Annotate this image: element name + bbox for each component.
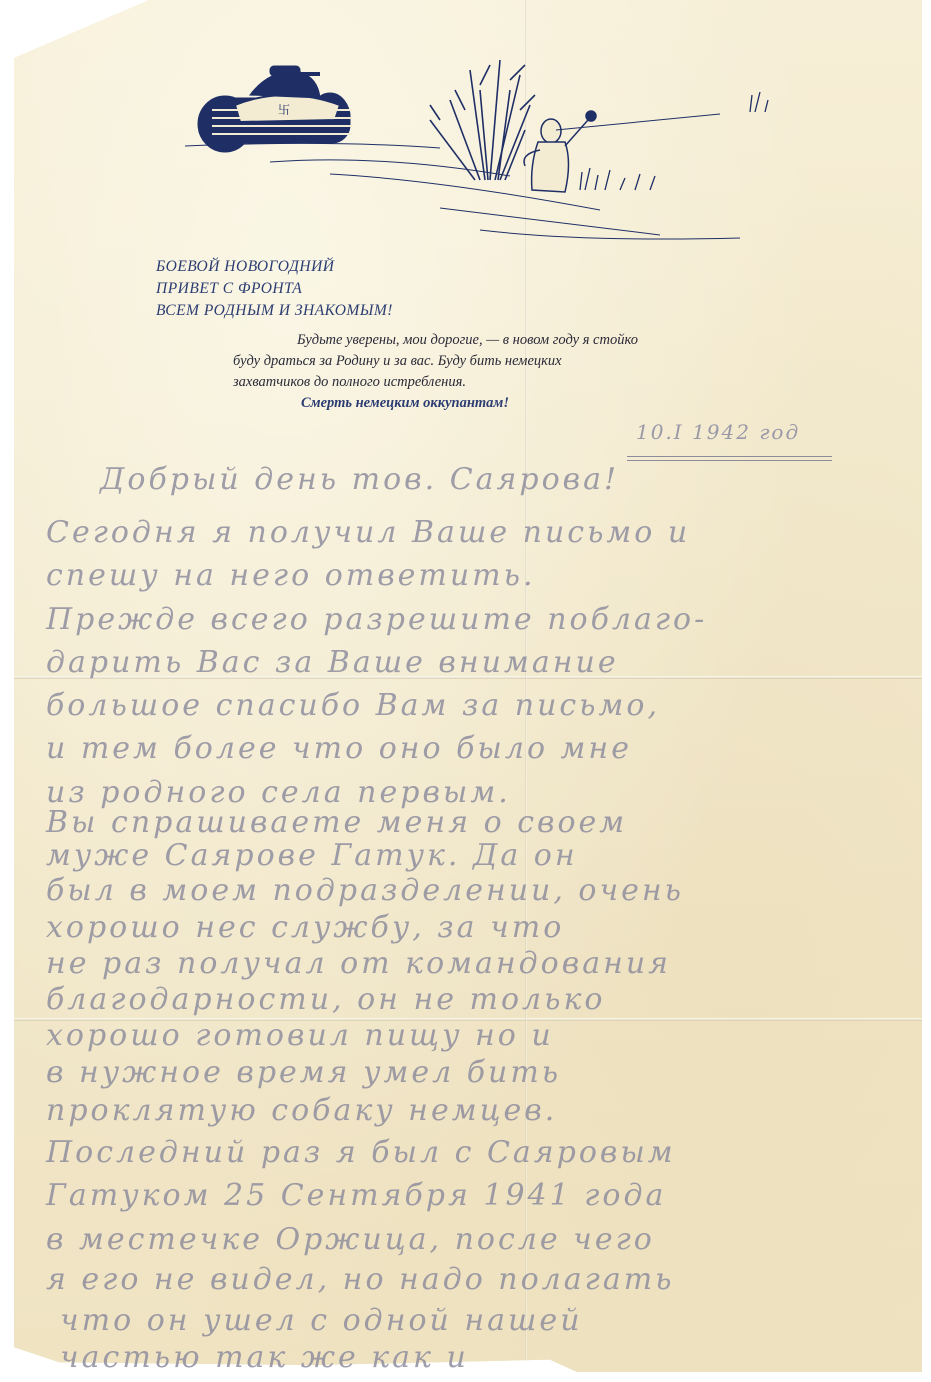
letter-line: в нужное время умел бить (46, 1055, 561, 1090)
handwritten-letter: 10.I 1942 год Добрый день тов. Саярова! … (0, 0, 931, 1382)
letter-line: в местечке Оржица, после чего (46, 1222, 655, 1257)
letter-line: дарить Вас за Ваше внимание (46, 645, 619, 680)
letter-line: Вы спрашиваете меня о своем (46, 805, 627, 840)
letter-line: муже Саярове Гатук. Да он (46, 838, 578, 873)
letter-line: проклятую собаку немцев. (46, 1093, 557, 1128)
letter-line: я его не видел, но надо полагать (46, 1262, 675, 1297)
letter-line: и тем более что оно было мне (46, 731, 632, 766)
letter-line: что он ушел с одной нашей (60, 1303, 583, 1338)
letter-greeting: Добрый день тов. Саярова! (100, 462, 619, 497)
letter-line: большое спасибо Вам за письмо, (46, 688, 660, 723)
letter-line: Сегодня я получил Ваше письмо и (46, 515, 690, 550)
letter-line: хорошо нес службу, за что (46, 910, 564, 945)
letter-line: Последний раз я был с Саяровым (46, 1135, 676, 1170)
letter-line: Прежде всего разрешите поблаго- (46, 602, 707, 637)
date-underline (627, 456, 832, 461)
letter-line: был в моем подразделении, очень (46, 873, 684, 908)
letter-line: благодарности, он не только (46, 982, 605, 1017)
letter-date: 10.I 1942 год (636, 420, 800, 444)
letter-line: частью так же как и (60, 1340, 469, 1375)
letter-line: спешу на него ответить. (46, 558, 536, 593)
letter-line: не раз получал от командования (46, 946, 671, 981)
letter-line: Гатуком 25 Сентября 1941 года (46, 1178, 666, 1213)
letter-line: хорошо готовил пищу но и (46, 1018, 554, 1053)
